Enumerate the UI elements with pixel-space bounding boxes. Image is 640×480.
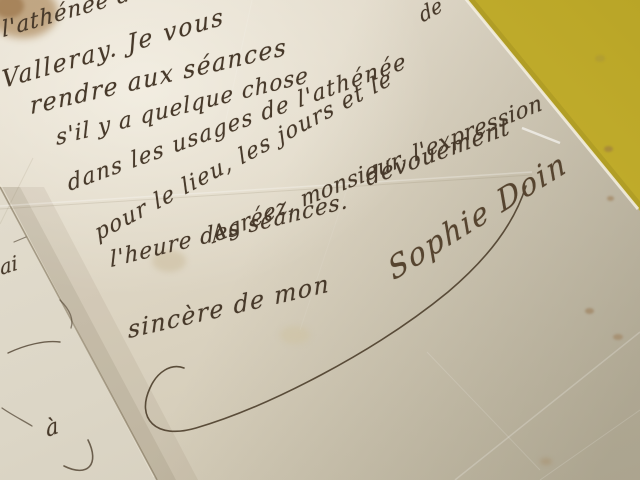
pen-stroke: [8, 342, 60, 353]
pen-stroke: [14, 237, 26, 242]
crease: [455, 332, 640, 480]
crease-shine: [522, 128, 560, 143]
crease: [540, 410, 640, 480]
pen-stroke: [64, 440, 93, 470]
letter-photo: l'athénée de Valleray. Je vous rendre au…: [0, 0, 640, 480]
crease: [427, 352, 540, 470]
pen-stroke: [2, 408, 32, 426]
ink-and-creases-layer: [0, 0, 640, 480]
